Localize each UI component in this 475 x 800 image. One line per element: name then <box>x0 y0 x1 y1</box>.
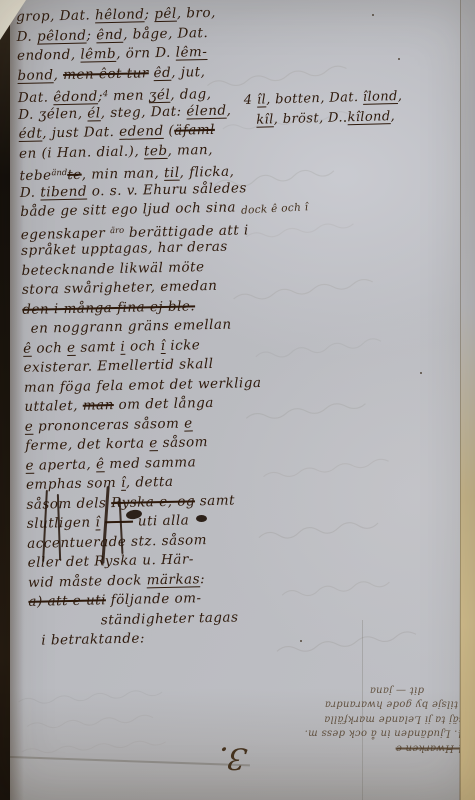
text-run: , botten, Dat. <box>266 90 363 108</box>
side-note: dock ê och î <box>241 201 309 217</box>
text-run: accentuerade stz. såsom <box>27 532 207 552</box>
underlined-word: pêl <box>154 6 177 22</box>
struck-word: den i många fina ej ble. <box>22 298 195 318</box>
struck-word: Ryska е, og <box>111 493 195 511</box>
text-run: man föga fela emot det werkliga <box>24 374 262 395</box>
text-run: en (i Han. dial.), <box>19 143 144 162</box>
text-run: med samma <box>104 454 196 472</box>
text-run: stora swårigheter, emedan <box>22 278 218 298</box>
struck-word: äfaml <box>174 122 215 139</box>
binding-gutter <box>0 0 10 800</box>
struck-word: men êot tur <box>63 65 149 83</box>
underlined-word: ênd <box>96 26 123 43</box>
text-run: ständigheter tagas <box>101 609 239 628</box>
underlined-word: teb <box>144 142 168 158</box>
text-run: ( <box>163 123 174 139</box>
underlined-word: hêlond <box>95 6 145 23</box>
text-run: uttalet, <box>24 398 83 415</box>
paper-speck <box>398 58 400 60</box>
text-run: eller det Ryska и. Här- <box>27 551 194 570</box>
text-run: , <box>53 67 63 83</box>
text-run: D. ʒélen, <box>18 105 87 122</box>
text-run: följande om- <box>106 590 202 608</box>
text-run: , örn D. <box>116 45 176 62</box>
text-run: ; <box>86 27 96 43</box>
text-run: dit — jana <box>370 685 424 696</box>
text-run: såsom dels <box>26 495 111 513</box>
struck-word: te <box>67 167 82 183</box>
main-text-block: grop, Dat. hêlond; pêl, bro,D. pêlond; ê… <box>16 3 269 651</box>
text-run: säj ta ji Lelande markfälla <box>324 714 464 725</box>
underlined-word: märkas <box>146 571 200 588</box>
text-run: , <box>390 109 395 124</box>
text-run: och <box>125 338 161 355</box>
text-run: , båge, Dat. <box>123 24 208 42</box>
text-run: aperta, <box>34 456 96 473</box>
text-run: , just Dat. <box>42 124 119 142</box>
underlined-word: tibend <box>40 183 87 200</box>
manuscript-line: tilsje by gode hwarandra <box>248 697 458 712</box>
text-run: existerar. Emellertid skall <box>23 356 213 376</box>
manuscript-line: 4 Hwarken e <box>248 740 464 755</box>
text-run: och <box>31 340 67 357</box>
text-run: ; <box>144 6 154 22</box>
underlined-word: e <box>25 457 34 473</box>
struck-word: 4 Hwarken e <box>396 743 464 754</box>
text-run: o. s. v. Ehuru således <box>87 180 247 199</box>
text-run: i betraktande: <box>41 630 145 648</box>
underlined-word: til <box>164 165 180 181</box>
underlined-word: lêmb <box>80 46 116 63</box>
paper-speck <box>372 14 374 16</box>
underlined-word: ê <box>23 340 32 356</box>
text-run: , <box>226 102 231 118</box>
text-run: en noggrann gräns emellan <box>31 317 232 337</box>
manuscript-photo: grop, Dat. hêlond; pêl, bro,D. pêlond; ê… <box>0 0 475 800</box>
text-run: samt <box>195 492 235 509</box>
superscript-insertion: änd <box>51 167 67 177</box>
text-run: språket upptagas, har deras <box>21 239 228 259</box>
text-run: wid måste dock <box>28 572 147 590</box>
underlined-word: îlond <box>363 89 398 105</box>
text-run: slutligen <box>27 514 96 531</box>
text-run: ferme, det korta <box>25 435 149 454</box>
text-run: samt <box>75 338 120 355</box>
underlying-page-corner <box>0 0 26 40</box>
underlined-word: êdond <box>53 88 98 105</box>
underlined-word: kîlond <box>347 109 391 125</box>
underlined-word: lêm- <box>176 44 208 61</box>
text-run: , bröst, D. <box>273 110 347 127</box>
paper-speck <box>344 120 346 122</box>
inverted-text-block: 4 Hwarken e4. Ljudänden in å ock dess m.… <box>248 682 464 755</box>
gutter-shadow <box>10 0 24 800</box>
text-run: : <box>200 571 205 587</box>
struck-word: a) att e uti <box>28 592 106 610</box>
margin-insertion-note: 4 îl, botten, Dat. îlond,kîl, bröst, D. … <box>244 85 475 130</box>
text-run: betecknande likwäl möte <box>21 259 204 279</box>
text-run: prononceras såsom <box>33 415 184 434</box>
text-run: icke <box>165 337 200 354</box>
paper-speck <box>420 372 422 374</box>
text-run: , bro, <box>177 5 216 22</box>
text-run: , flicka, <box>179 164 234 181</box>
text-run: , steg, Dat: <box>100 103 186 121</box>
text-run: , jut, <box>171 64 206 81</box>
text-run: , dag, <box>170 86 212 103</box>
text-run: 4 <box>244 93 258 108</box>
text-run: både ge sitt ego ljud och sina <box>20 199 236 220</box>
text-run: , man, <box>167 141 213 158</box>
underlined-word: e <box>184 415 193 431</box>
underlined-word: e <box>25 418 34 434</box>
manuscript-line: dit — jana <box>248 682 424 697</box>
text-run: , detta <box>126 474 174 491</box>
underlined-word: ê <box>96 456 105 472</box>
text-run: tebe <box>19 167 51 184</box>
text-run: 4. Ljudänden in å ock dess m. <box>304 728 464 739</box>
text-run: grop, Dat. <box>16 7 95 25</box>
text-run: om det långa <box>114 395 214 413</box>
manuscript-line: säj ta ji Lelande markfälla <box>248 711 464 726</box>
text-run: såsom <box>158 434 208 451</box>
ink-blot <box>196 515 207 522</box>
page-stack-edge <box>460 0 475 800</box>
underlined-word: edend <box>119 123 164 140</box>
paper-fold-line <box>0 756 250 767</box>
underlined-word: élend <box>186 102 226 119</box>
text-run: , <box>398 89 403 104</box>
page-number: 3. <box>215 739 249 775</box>
underlined-word: kîl <box>256 112 274 127</box>
superscript-insertion: äro <box>110 224 124 234</box>
struck-word: man <box>83 397 114 414</box>
text-run: men <box>108 87 149 104</box>
underlined-word: pêlond <box>37 27 87 44</box>
underlined-word: él <box>87 105 101 121</box>
paper-speck <box>300 640 302 642</box>
text-run: endond, <box>17 47 81 64</box>
underlined-word: e <box>149 435 158 451</box>
manuscript-line: 4. Ljudänden in å ock dess m. <box>248 726 464 741</box>
manuscript-line: i betraktande: <box>41 627 269 651</box>
underlined-word: ʒél <box>149 87 171 103</box>
underlined-word: êd <box>153 64 171 80</box>
text-run: tilsje by gode hwarandra <box>325 699 458 710</box>
